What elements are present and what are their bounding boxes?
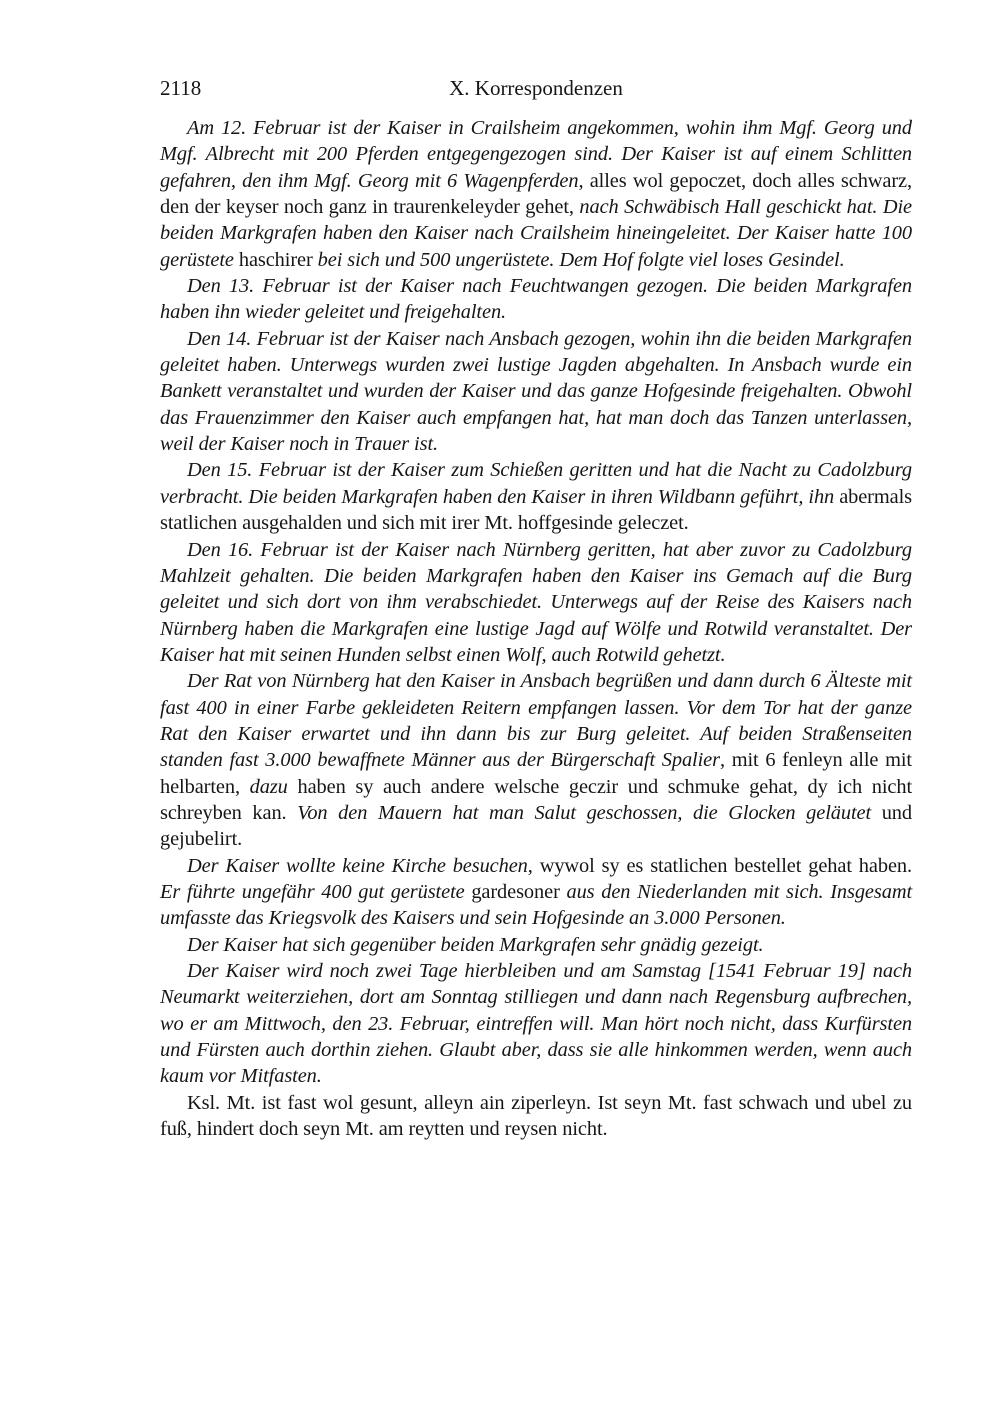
paragraph: Der Kaiser wird noch zwei Tage hierbleib… [160,958,912,1090]
text-segment: Den 15. Februar ist der Kaiser zum Schie… [160,459,912,507]
paragraph: Den 13. Februar ist der Kaiser nach Feuc… [160,273,912,326]
paragraph: Am 12. Februar ist der Kaiser in Crailsh… [160,115,912,273]
page-number: 2118 [160,74,201,102]
text-segment: Den 16. Februar ist der Kaiser nach Nürn… [160,539,912,666]
text-segment: Er führte ungefähr 400 gut gerüstete [160,881,471,903]
paragraph: Der Kaiser wollte keine Kirche besuchen,… [160,853,912,932]
text-body: Am 12. Februar ist der Kaiser in Crailsh… [160,115,912,1142]
paragraph: Ksl. Mt. ist fast wol gesunt, alleyn ain… [160,1090,912,1143]
text-segment: Ksl. Mt. ist fast wol gesunt, alleyn ain… [160,1092,912,1140]
text-segment: gardesoner [471,881,566,903]
chapter-title: X. Korrespondenzen [160,74,912,102]
text-segment: dazu [250,776,298,798]
running-head: 2118 X. Korrespondenzen [160,74,912,102]
text-segment: bei sich und 500 ungerüstete. Dem Hof fo… [318,249,845,271]
paragraph: Den 15. Februar ist der Kaiser zum Schie… [160,457,912,536]
text-segment: Von den Mauern hat man Salut geschossen,… [297,802,881,824]
paragraph: Den 16. Februar ist der Kaiser nach Nürn… [160,537,912,669]
book-page: 2118 X. Korrespondenzen Am 12. Februar i… [0,0,1004,1418]
text-segment: Den 13. Februar ist der Kaiser nach Feuc… [160,275,912,323]
text-segment: haschirer [239,249,318,271]
text-segment: Den 14. Februar ist der Kaiser nach Ansb… [160,328,912,455]
paragraph: Der Kaiser hat sich gegenüber beiden Mar… [160,932,912,958]
text-segment: Der Kaiser wird noch zwei Tage hierbleib… [160,960,912,1087]
paragraph: Den 14. Februar ist der Kaiser nach Ansb… [160,326,912,458]
paragraph: Der Rat von Nürnberg hat den Kaiser in A… [160,668,912,852]
text-segment: Der Kaiser hat sich gegenüber beiden Mar… [187,934,764,956]
text-segment: , wywol sy es statlichen bestellet gehat… [528,855,912,877]
text-segment: Der Kaiser wollte keine Kirche besuchen [187,855,528,877]
